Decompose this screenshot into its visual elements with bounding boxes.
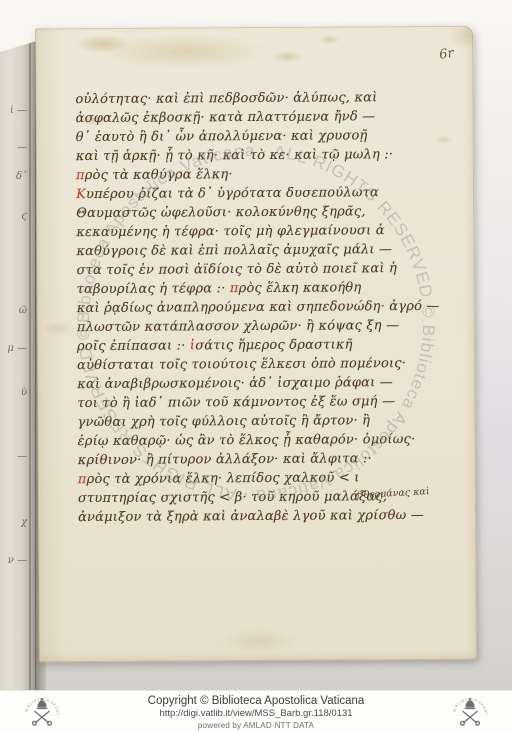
greek-line: πλωστῶν κατάπλασσον χλωρῶν· ἢ κόψας ξη — (77, 316, 389, 337)
greek-line: καὶ ῥᾳδίως ἀναπληρούμενα καὶ σηπεδονώδη·… (77, 297, 389, 318)
manuscript-scan-viewer: ὶ ——δ᾽ϛῶμ —ὺ—χν — 6r οὐλότητας· καὶ ἐπὶ … (0, 0, 512, 732)
facing-page-fragment: ϛ (0, 212, 27, 222)
vatican-library-seal-icon: · BIBLIOTECA APOSTOLICA VATICANA · (23, 694, 61, 732)
greek-line: στυπτηρίας σχιστῆς < β· τοῦ κηροῦ μαλάξα… (78, 487, 390, 508)
greek-line: ροῖς ἐπίπασαι :· ἰσάτις ἥμερος δραστικῆ (77, 335, 389, 356)
facing-page-fragment: ὺ (0, 388, 27, 398)
greek-line: καὶ τῇ ἀρκῇ· ᾗ τὸ κῆ· καὶ τὸ κε· καὶ τῷ … (76, 145, 388, 166)
greek-text-block: οὐλότητας· καὶ ἐπὶ πεδβοσδῶν· ἀλύπως, κα… (75, 88, 390, 527)
facing-page-fragment: δ᾽ (0, 172, 27, 182)
manuscript-photo: ὶ ——δ᾽ϛῶμ —ὺ—χν — 6r οὐλότητας· καὶ ἐπὶ … (0, 0, 512, 690)
footer-bar: · BIBLIOTECA APOSTOLICA VATICANA · Copyr… (0, 690, 512, 732)
greek-line: κεκαυμένης ἡ τέφρα· τοῖς μὴ φλεγμαίνουσι… (76, 221, 388, 242)
greek-line: ἀσφαλῶς ἐκβοσκῇ· κατὰ πλαττόμενα ἤνδ — (76, 107, 388, 128)
facing-page-fragment: ν — (0, 556, 27, 566)
greek-line: ἐρίῳ καθαρῷ· ὡς ἂν τὸ ἕλκος ᾖ καθαρόν· ὁ… (78, 430, 390, 451)
greek-line: κρίθινον· ἢ πίτυρον ἀλλάξον· καὶ ἄλφιτα … (78, 449, 390, 470)
greek-line: καθύγροις δὲ καὶ ἐπὶ πολλαῖς ἀμυχαῖς μάλ… (76, 240, 388, 261)
greek-line: γνῶθαι χρὴ τοῖς φύλλοις αὐτοῖς ἢ ἄρτον· … (77, 411, 389, 432)
greek-line: πρὸς τὰ καθύγρα ἕλκη· (76, 164, 388, 185)
facing-page-fragment: ῶ (0, 306, 27, 316)
footer-copyright: Copyright © Biblioteca Apostolica Vatica… (76, 694, 436, 708)
facing-page-fragment: — (0, 452, 27, 462)
manuscript-page: 6r οὐλότητας· καὶ ἐπὶ πεδβοσδῶν· ἀλύπως,… (35, 26, 477, 663)
footer-text: Copyright © Biblioteca Apostolica Vatica… (76, 694, 436, 731)
greek-line: στα τοῖς ἐν ποσὶ ἀϊδίοις τὸ δὲ αὐτὸ ποιε… (76, 259, 388, 280)
greek-line: Θαυμαστῶς ὠφελοῦσι· κολοκύνθης ξηρᾶς, (76, 202, 388, 223)
crossed-keys-icon (33, 711, 52, 725)
facing-page-fragment: — (0, 143, 27, 153)
crossed-keys-icon (461, 711, 480, 725)
greek-line: τοι τὸ ἢ ἰαδ᾽ πιῶν τοῦ κάμνοντος ἐξ ἕω σ… (77, 392, 389, 413)
greek-line: πρὸς τὰ χρόνια ἕλκη· λεπίδος χαλκοῦ < ι (78, 468, 390, 489)
footer-url: http://digi.vatlib.it/view/MSS_Barb.gr.1… (76, 708, 436, 720)
greek-line: καὶ ἀναβιβρωσκομένοις· ἀδ᾽ ἰσχαιμο ῥάφαι… (77, 373, 389, 394)
folio-number: 6r (438, 46, 454, 63)
greek-line: Κυπέρου ῥίζαι τὰ δ᾽ ὑγρότατα δυσεπούλωτα (76, 183, 388, 204)
vatican-library-seal-icon: · BIBLIOTECA APOSTOLICA VATICANA · (451, 694, 489, 732)
greek-line: ἀνάμιξον τὰ ξηρὰ καὶ ἀναλαβὲ λγοῦ καὶ χρ… (78, 506, 390, 527)
greek-line: θ᾽ ἑαυτὸ ἢ δι᾽ ὧν ἀπολλύμενα· καὶ χρυσοῇ (76, 126, 388, 147)
facing-page-fragment: χ (0, 518, 27, 528)
footer-powered-by: powered by AMLAD·NTT DATA (76, 720, 436, 731)
greek-line: οὐλότητας· καὶ ἐπὶ πεδβοσδῶν· ἀλύπως, κα… (75, 88, 387, 109)
greek-line: ταβουρίλας ἡ τέφρα :· πρὸς ἕλκη κακοήθη (77, 278, 389, 299)
facing-page-fragment: μ — (0, 344, 27, 354)
page-fold-line (29, 0, 31, 690)
greek-line: αὐθίσταται τοῖς τοιούτοις ἕλκεσι ὀπὸ πομ… (77, 354, 389, 375)
facing-page-fragment: ὶ — (0, 106, 27, 116)
